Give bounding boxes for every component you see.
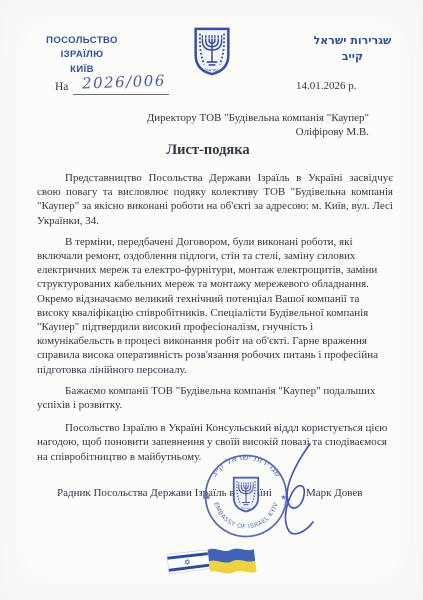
letter-date: 14.01.2026 р. xyxy=(296,80,357,92)
stamp-star-left: ★ xyxy=(205,494,211,502)
embassy-name-hebrew: שגרירות ישראל קייב xyxy=(300,33,405,65)
letter-title: Лист-подяка xyxy=(0,142,416,159)
israel-emblem-icon xyxy=(189,26,235,76)
embassy-name-he-line1: שגרירות ישראל xyxy=(300,33,405,49)
embassy-name-ukrainian: ПОСОЛЬСТВО ІЗРАЇЛЮ КИЇВ xyxy=(26,34,138,77)
israel-ukraine-flags-icon: ✡ xyxy=(163,544,259,580)
embassy-name-uk-line1: ПОСОЛЬСТВО ІЗРАЇЛЮ xyxy=(26,34,138,63)
embassy-name-he-line2: קייב xyxy=(300,49,405,65)
reference-number-handwritten: 2026/006 xyxy=(82,72,166,93)
letter-body: Представництво Посольства Держави Ізраїл… xyxy=(37,171,393,471)
star-of-david-icon: ✡ xyxy=(184,557,191,567)
paragraph-1: Представництво Посольства Держави Ізраїл… xyxy=(37,171,393,228)
addressee-line-2: Оліфірову М.В. xyxy=(100,126,369,140)
paragraph-3: Бажаємо компанії ТОВ "Будівельна компані… xyxy=(37,384,393,412)
reference-label: На xyxy=(55,81,68,93)
addressee-line-1: Директору ТОВ "Будівельна компанія "Кауп… xyxy=(100,112,369,126)
addressee-block: Директору ТОВ "Будівельна компанія "Кауп… xyxy=(100,112,369,140)
handwritten-signature-icon xyxy=(260,440,324,544)
scanned-letter-page: ПОСОЛЬСТВО ІЗРАЇЛЮ КИЇВ שגרירות ישראל קי… xyxy=(0,0,423,600)
paragraph-2: В терміни, передбачені Договором, були в… xyxy=(37,235,393,377)
